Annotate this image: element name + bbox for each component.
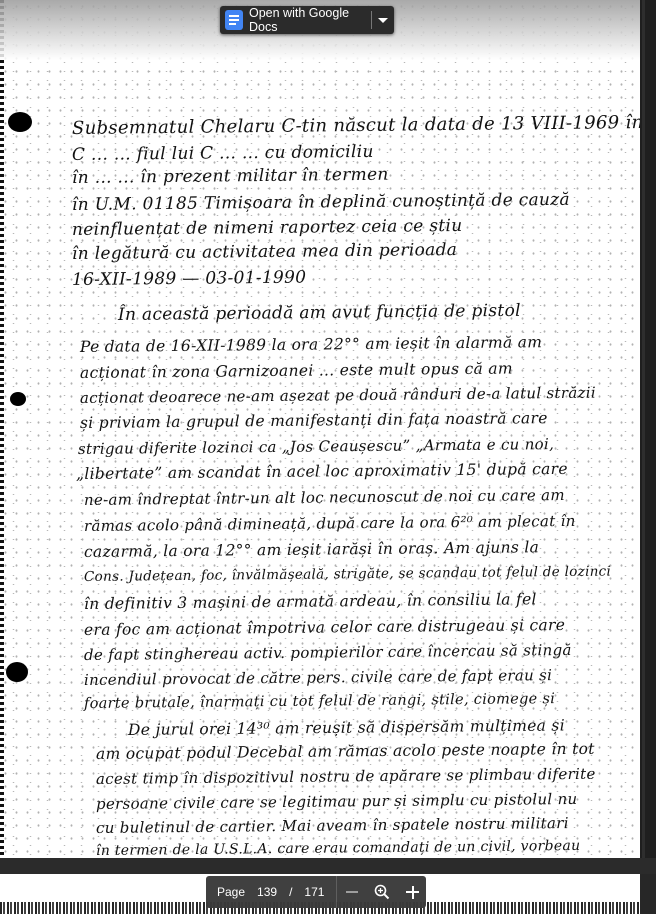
page-navigation-bar: Page 139 / 171 — [206, 876, 426, 908]
open-with-google-docs-button[interactable]: Open with Google Docs — [220, 6, 394, 34]
ink-blot — [10, 392, 26, 406]
ink-blot — [6, 662, 28, 682]
zoom-in-icon — [374, 884, 390, 900]
page-label: Page — [217, 885, 245, 899]
open-with-dropdown[interactable] — [372, 18, 394, 23]
text-line: 16-XII-1989 — 03-01-1990 — [72, 268, 307, 290]
current-page-number[interactable]: 139 — [257, 885, 277, 899]
google-docs-icon — [225, 10, 243, 30]
viewer-gutter — [640, 0, 656, 858]
minus-icon — [346, 891, 358, 893]
zoom-button[interactable] — [367, 876, 397, 908]
pdf-viewer: Subsemnatul Chelaru C-tin născut la data… — [0, 0, 656, 914]
ink-blot — [8, 112, 32, 132]
zoom-in-button[interactable] — [396, 876, 426, 908]
text-line: C ... ... fiul lui C ... ... cu domicili… — [72, 142, 374, 165]
text-line: neinfluențat de nimeni raportez ceia ce … — [72, 216, 463, 240]
text-line: În această perioadă am avut funcția de p… — [118, 301, 521, 325]
zoom-out-button[interactable] — [337, 876, 367, 908]
page-separator — [0, 858, 656, 874]
page-separator-slash: / — [289, 885, 292, 899]
scan-left-edge — [0, 0, 4, 858]
text-line: în legătură cu activitatea mea din perio… — [72, 240, 457, 264]
caret-down-icon — [378, 18, 388, 23]
total-pages: 171 — [304, 885, 324, 899]
text-line: în ... ... în prezent militar în termen — [72, 165, 389, 188]
document-page[interactable]: Subsemnatul Chelaru C-tin născut la data… — [0, 0, 640, 858]
open-with-label: Open with Google Docs — [249, 6, 371, 34]
gutter-line — [642, 0, 645, 858]
